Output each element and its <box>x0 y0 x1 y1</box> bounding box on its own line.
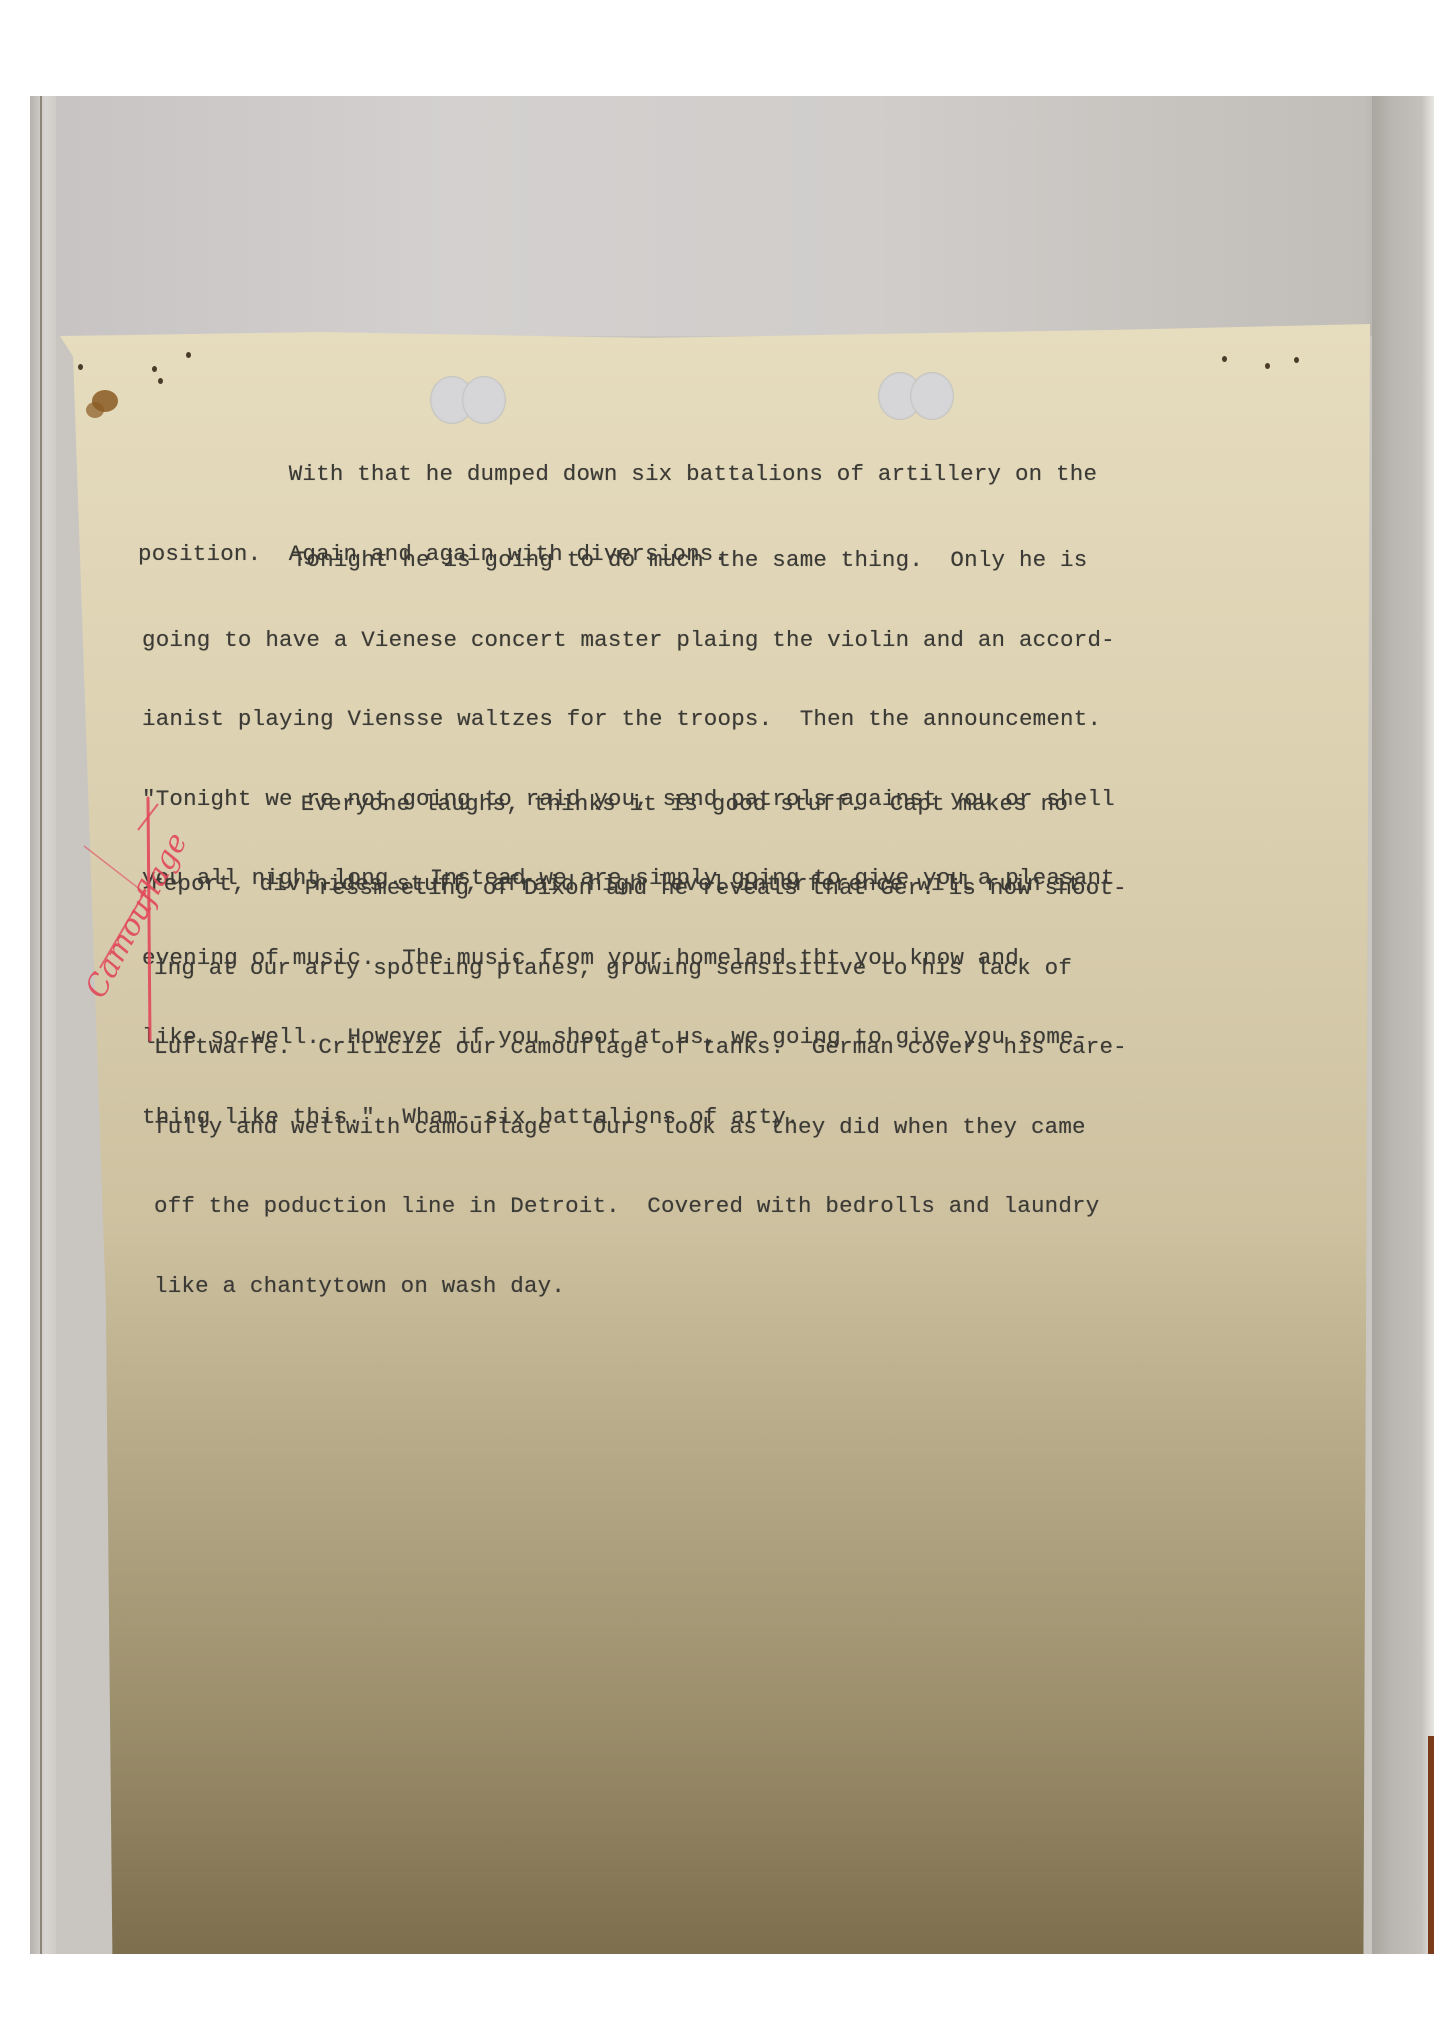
text-line: ianist playing Viensse waltzes for the t… <box>142 706 1115 733</box>
binder-edge-left <box>30 96 56 1954</box>
text-line: going to have a Vienese concert master p… <box>142 627 1115 654</box>
text-line: off the poduction line in Detroit. Cover… <box>154 1193 1127 1220</box>
text-line: With that he dumped down six battalions … <box>138 461 1097 488</box>
paragraph-4: Pressmeeting of Dixon and he reveals tha… <box>154 822 1127 1326</box>
text-line: fully and wellwith camouflage Ours look … <box>154 1114 1127 1141</box>
text-line: Luftwaffe. Criticize our camouflage of t… <box>154 1034 1127 1061</box>
text-line: ing at our arty spotting planes, growing… <box>154 955 1127 982</box>
text-line: Tonight he is going to do much the same … <box>142 547 1115 574</box>
text-line: Everyone laughs, thinks it is good stuff… <box>150 791 1095 818</box>
binder-edge-right <box>1372 96 1434 1954</box>
backing-sheet <box>30 96 1434 336</box>
text-line: like a chantytown on wash day. <box>154 1273 1127 1300</box>
margin-annotation: Camouflage <box>68 790 168 1050</box>
text-line: Pressmeeting of Dixon and he reveals tha… <box>154 875 1127 902</box>
